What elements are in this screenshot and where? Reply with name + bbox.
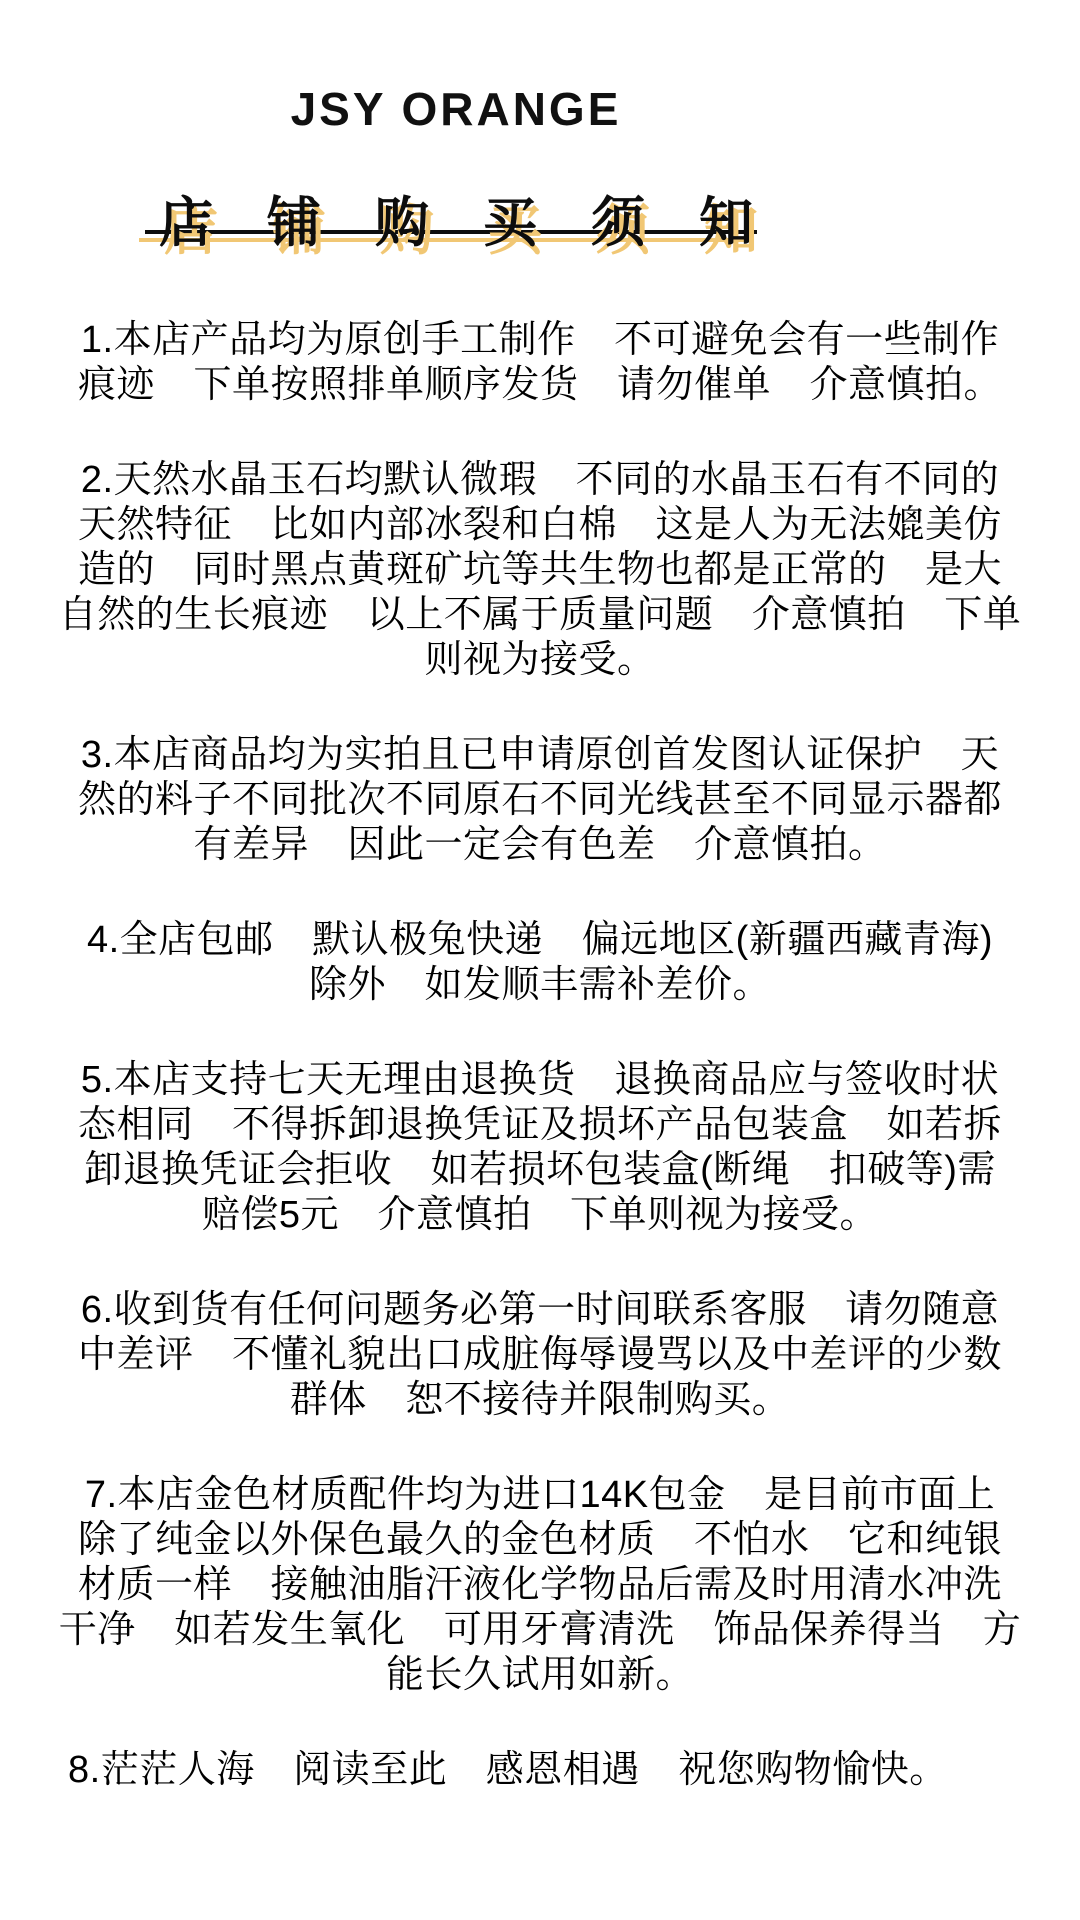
store-notice-page: JSY ORANGE 店 铺 购 买 须 知 1.本店产品均为原创手工制作 不可… (0, 0, 1080, 1920)
notice-paragraph: 5.本店支持七天无理由退换货 退换商品应与签收时状态相同 不得拆卸退换凭证及损坏… (32, 1058, 1048, 1238)
notice-line: 除外 如发顺丰需补差价。 (32, 963, 1048, 1008)
notice-line: 然的料子不同批次不同原石不同光线甚至不同显示器都 (32, 778, 1048, 823)
notice-paragraph: 6.收到货有任何问题务必第一时间联系客服 请勿随意中差评 不懂礼貌出口成脏侮辱谩… (32, 1288, 1048, 1423)
notice-line: 中差评 不懂礼貌出口成脏侮辱谩骂以及中差评的少数 (32, 1333, 1048, 1378)
notice-line: 5.本店支持七天无理由退换货 退换商品应与签收时状 (32, 1058, 1048, 1103)
notice-paragraph: 8.茫茫人海 阅读至此 感恩相遇 祝您购物愉快。 (32, 1748, 1048, 1793)
notice-line: 天然特征 比如内部冰裂和白棉 这是人为无法媲美仿 (32, 503, 1048, 548)
notice-line: 卸退换凭证会拒收 如若损坏包装盒(断绳 扣破等)需 (32, 1148, 1048, 1193)
notice-line: 7.本店金色材质配件均为进口14K包金 是目前市面上 (32, 1473, 1048, 1518)
notice-line: 能长久试用如新。 (32, 1653, 1048, 1698)
notice-line: 1.本店产品均为原创手工制作 不可避免会有一些制作 (32, 318, 1048, 363)
notice-line: 群体 恕不接待并限制购买。 (32, 1378, 1048, 1423)
notice-line: 痕迹 下单按照排单顺序发货 请勿催单 介意慎拍。 (32, 363, 1048, 408)
brand-title: JSY ORANGE (0, 86, 996, 132)
notice-line: 态相同 不得拆卸退换凭证及损坏产品包装盒 如若拆 (32, 1103, 1048, 1148)
notice-line: 赔偿5元 介意慎拍 下单则视为接受。 (32, 1193, 1048, 1238)
notice-line: 4.全店包邮 默认极兔快递 偏远地区(新疆西藏青海) (32, 918, 1048, 963)
notice-line: 材质一样 接触油脂汗液化学物品后需及时用清水冲洗 (32, 1563, 1048, 1608)
notice-line: 则视为接受。 (32, 638, 1048, 683)
notice-paragraph: 1.本店产品均为原创手工制作 不可避免会有一些制作痕迹 下单按照排单顺序发货 请… (32, 318, 1048, 408)
header: JSY ORANGE 店 铺 购 买 须 知 (0, 86, 996, 250)
notice-line: 除了纯金以外保色最久的金色材质 不怕水 它和纯银 (32, 1518, 1048, 1563)
page-title: 店 铺 购 买 须 知 (159, 196, 753, 250)
notice-paragraph: 7.本店金色材质配件均为进口14K包金 是目前市面上除了纯金以外保色最久的金色材… (32, 1473, 1048, 1698)
notice-line: 6.收到货有任何问题务必第一时间联系客服 请勿随意 (32, 1288, 1048, 1333)
notice-line: 干净 如若发生氧化 可用牙膏清洗 饰品保养得当 方 (32, 1608, 1048, 1653)
notice-paragraph: 4.全店包邮 默认极兔快递 偏远地区(新疆西藏青海)除外 如发顺丰需补差价。 (32, 918, 1048, 1008)
notice-line: 有差异 因此一定会有色差 介意慎拍。 (32, 823, 1048, 868)
notice-line: 造的 同时黑点黄斑矿坑等共生物也都是正常的 是大 (32, 548, 1048, 593)
notice-paragraph: 2.天然水晶玉石均默认微瑕 不同的水晶玉石有不同的天然特征 比如内部冰裂和白棉 … (32, 458, 1048, 683)
notice-list: 1.本店产品均为原创手工制作 不可避免会有一些制作痕迹 下单按照排单顺序发货 请… (0, 318, 1080, 1793)
notice-line: 自然的生长痕迹 以上不属于质量问题 介意慎拍 下单 (32, 593, 1048, 638)
notice-line: 8.茫茫人海 阅读至此 感恩相遇 祝您购物愉快。 (68, 1748, 1048, 1793)
notice-line: 3.本店商品均为实拍且已申请原创首发图认证保护 天 (32, 733, 1048, 778)
notice-paragraph: 3.本店商品均为实拍且已申请原创首发图认证保护 天然的料子不同批次不同原石不同光… (32, 733, 1048, 868)
page-title-wrap: 店 铺 购 买 须 知 (0, 196, 996, 250)
notice-line: 2.天然水晶玉石均默认微瑕 不同的水晶玉石有不同的 (32, 458, 1048, 503)
page-title-text: 店 铺 购 买 须 知 (159, 193, 753, 253)
